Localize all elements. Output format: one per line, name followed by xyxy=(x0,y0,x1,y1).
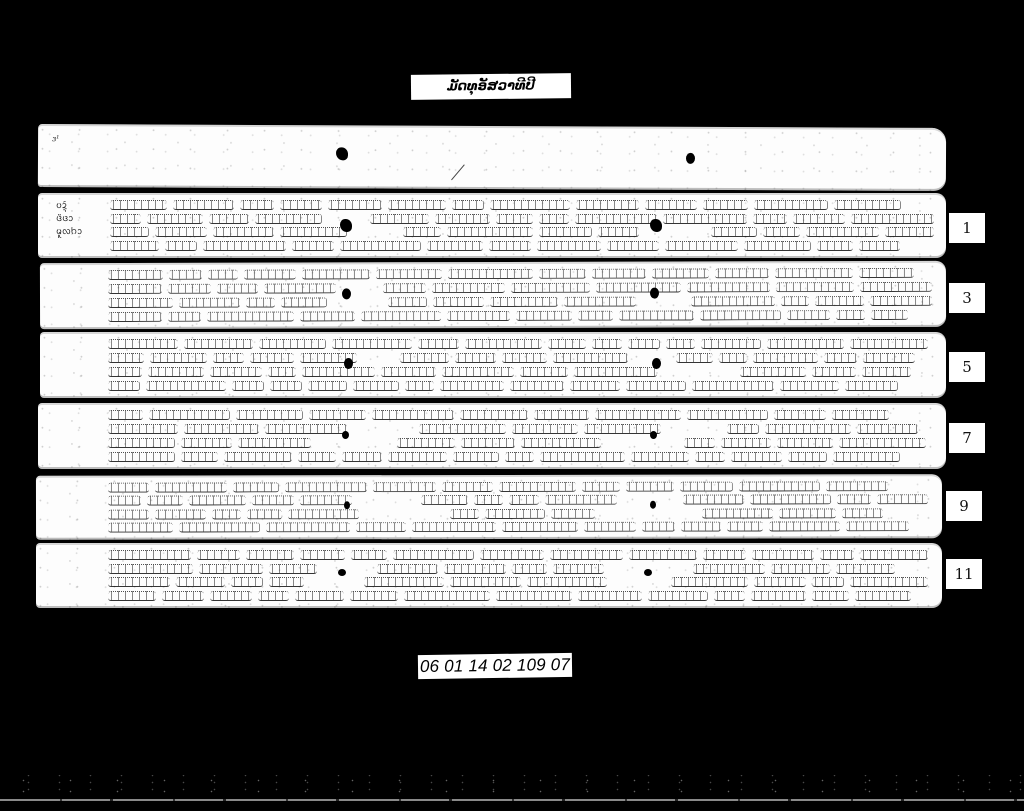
script-word xyxy=(108,550,191,560)
script-word xyxy=(817,241,853,251)
script-word xyxy=(727,424,759,434)
script-word xyxy=(246,550,294,560)
script-word xyxy=(731,452,782,462)
script-text-line xyxy=(108,590,928,602)
script-word xyxy=(711,227,758,237)
leaf-corner-mark: ɜ¹ xyxy=(52,134,59,143)
script-word xyxy=(268,367,296,377)
script-text-line xyxy=(108,451,932,463)
script-word xyxy=(381,367,436,377)
script-word xyxy=(752,550,813,560)
script-word xyxy=(179,522,260,532)
script-word xyxy=(578,311,613,321)
script-word xyxy=(652,268,709,278)
script-word xyxy=(509,495,540,505)
script-word xyxy=(269,564,317,574)
script-word xyxy=(350,591,398,601)
script-word xyxy=(628,339,660,349)
script-word xyxy=(671,577,747,587)
script-text-line xyxy=(108,576,928,588)
script-word xyxy=(496,214,533,224)
script-word xyxy=(780,381,839,391)
script-word xyxy=(250,353,294,363)
script-word xyxy=(663,214,747,224)
script-word xyxy=(700,310,781,320)
script-word xyxy=(642,522,675,532)
script-word xyxy=(860,550,928,560)
script-word xyxy=(820,550,854,560)
script-word xyxy=(834,200,901,210)
script-word xyxy=(539,269,586,279)
script-word xyxy=(527,577,607,587)
script-word xyxy=(108,298,173,308)
script-word xyxy=(255,214,321,224)
script-word xyxy=(683,495,743,505)
script-text-line xyxy=(108,507,928,520)
script-word xyxy=(404,591,490,601)
script-word xyxy=(753,214,787,224)
script-word xyxy=(480,550,543,560)
script-word xyxy=(850,339,928,349)
script-word xyxy=(793,214,846,224)
script-word xyxy=(155,482,227,492)
script-word xyxy=(300,550,346,560)
script-word xyxy=(885,227,934,237)
script-word xyxy=(280,227,347,237)
script-word xyxy=(596,283,682,293)
script-word xyxy=(108,270,163,280)
script-word xyxy=(461,438,515,448)
script-word xyxy=(450,509,479,519)
page-number-label: 11 xyxy=(946,559,982,589)
script-word xyxy=(252,496,295,506)
script-word xyxy=(539,214,569,224)
script-word xyxy=(418,339,459,349)
script-word xyxy=(839,438,926,448)
script-word xyxy=(246,298,275,308)
script-word xyxy=(812,577,844,587)
script-word xyxy=(356,522,406,532)
script-word xyxy=(860,282,932,292)
script-word xyxy=(502,522,578,532)
script-word xyxy=(155,227,208,237)
page-number-label: 3 xyxy=(949,283,985,313)
script-word xyxy=(645,200,697,210)
script-word xyxy=(442,367,514,377)
script-word xyxy=(857,424,918,434)
script-word xyxy=(578,591,642,601)
script-word xyxy=(442,482,493,492)
script-word xyxy=(550,550,623,560)
leaf-text-block xyxy=(108,267,932,323)
script-word xyxy=(863,353,915,363)
script-word xyxy=(551,508,595,518)
binding-hole-left xyxy=(344,501,350,509)
palm-leaf-page-7 xyxy=(38,403,946,469)
leaf-text-block xyxy=(108,549,928,602)
script-word xyxy=(108,577,170,587)
page-number-label: 5 xyxy=(949,352,985,382)
binding-hole-left xyxy=(338,569,346,576)
script-word xyxy=(210,367,262,377)
script-word xyxy=(258,591,289,601)
script-word xyxy=(147,496,184,506)
script-word xyxy=(216,284,258,294)
binding-hole-right xyxy=(652,358,661,369)
script-word xyxy=(824,353,857,363)
script-word xyxy=(179,298,239,308)
script-word xyxy=(295,591,344,601)
script-word xyxy=(502,353,547,363)
script-word xyxy=(288,509,359,519)
script-word xyxy=(168,312,201,322)
script-word xyxy=(108,367,142,377)
script-word xyxy=(592,339,622,349)
script-word xyxy=(110,241,159,251)
script-word xyxy=(432,283,505,293)
script-word xyxy=(576,200,639,210)
script-word xyxy=(626,482,674,492)
script-text-line xyxy=(110,199,934,211)
binding-hole-right xyxy=(650,288,659,299)
script-text-line xyxy=(108,437,932,449)
script-word xyxy=(108,353,144,363)
leaf-text-block xyxy=(108,480,928,533)
script-word xyxy=(405,381,434,391)
script-word xyxy=(787,310,830,320)
binding-hole-right xyxy=(650,431,657,439)
script-word xyxy=(388,452,447,462)
script-word xyxy=(751,591,806,601)
margin-heading-line: ᨷᨯᩢ᩠ᨶ xyxy=(56,201,100,212)
script-word xyxy=(837,495,871,505)
scan-noise xyxy=(0,775,1024,795)
script-word xyxy=(450,577,521,587)
binding-hole-right xyxy=(686,153,695,164)
script-word xyxy=(598,227,639,237)
script-word xyxy=(108,483,149,493)
script-word xyxy=(308,381,347,391)
script-word xyxy=(421,495,468,505)
binding-hole-left xyxy=(340,219,352,232)
script-text-line xyxy=(108,423,932,435)
script-word xyxy=(595,410,681,420)
script-word xyxy=(460,410,528,420)
script-word xyxy=(397,438,455,448)
script-word xyxy=(592,269,646,279)
script-word xyxy=(264,283,336,293)
scan-edge-line xyxy=(0,799,1024,801)
script-text-line xyxy=(108,520,928,533)
script-word xyxy=(769,521,840,531)
script-word xyxy=(510,381,564,391)
script-word xyxy=(309,410,366,420)
margin-heading-line: ᨾᩪᩃᨤᩣ xyxy=(56,227,100,238)
script-word xyxy=(181,438,232,448)
script-word xyxy=(149,410,230,420)
script-word xyxy=(108,496,141,506)
script-word xyxy=(465,339,542,349)
script-word xyxy=(247,509,282,519)
script-word xyxy=(388,200,446,210)
script-word xyxy=(767,339,844,349)
script-word xyxy=(499,482,576,492)
script-word xyxy=(739,481,820,491)
script-word xyxy=(701,339,761,349)
script-word xyxy=(570,381,620,391)
script-word xyxy=(870,296,932,306)
script-word xyxy=(110,214,141,224)
palm-leaf-page-9 xyxy=(36,474,942,540)
collection-title-label: ມັດທຸອັສວາທີປີ xyxy=(411,73,571,100)
script-word xyxy=(806,227,879,237)
margin-heading-line: ᨴᩥᨴᩣ xyxy=(56,214,100,225)
script-word xyxy=(173,200,234,210)
script-word xyxy=(788,452,827,462)
script-word xyxy=(259,339,326,349)
script-word xyxy=(753,353,818,363)
script-word xyxy=(511,283,590,293)
script-text-line xyxy=(108,380,932,392)
script-word xyxy=(298,452,336,462)
script-word xyxy=(209,214,250,224)
script-word xyxy=(744,241,811,251)
script-word xyxy=(400,353,449,363)
script-word xyxy=(168,284,211,294)
leaf-margin-heading: ᨷᨯᩢ᩠ᨶ ᨴᩥᨴᩣ ᨾᩪᩃᨤᩣ xyxy=(56,201,100,238)
script-text-line xyxy=(108,281,932,295)
script-word xyxy=(184,424,259,434)
script-word xyxy=(377,564,438,574)
script-word xyxy=(108,523,173,533)
script-word xyxy=(328,200,382,210)
script-word xyxy=(427,241,483,251)
script-word xyxy=(108,410,143,420)
script-word xyxy=(754,577,806,587)
script-word xyxy=(862,367,911,377)
script-word xyxy=(775,268,853,278)
script-word xyxy=(150,353,207,363)
script-word xyxy=(110,227,149,237)
script-word xyxy=(540,452,625,462)
script-word xyxy=(340,241,421,251)
script-word xyxy=(851,214,934,224)
script-word xyxy=(155,509,206,519)
script-word xyxy=(666,339,695,349)
script-word xyxy=(108,591,156,601)
script-word xyxy=(619,310,694,320)
script-word xyxy=(520,367,568,377)
script-word xyxy=(750,495,831,505)
page-number-label: 7 xyxy=(949,423,985,453)
binding-hole-left xyxy=(342,431,349,439)
script-word xyxy=(435,214,490,224)
script-word xyxy=(485,509,545,519)
script-word xyxy=(147,214,202,224)
script-word xyxy=(765,424,851,434)
script-word xyxy=(692,381,774,391)
script-word xyxy=(516,311,572,321)
script-word xyxy=(452,200,484,210)
script-word xyxy=(489,241,531,251)
script-word xyxy=(376,269,442,279)
script-word xyxy=(721,438,771,448)
script-word xyxy=(332,339,412,349)
script-word xyxy=(213,227,274,237)
palm-leaf-page-11 xyxy=(36,543,942,608)
script-word xyxy=(108,424,178,434)
script-text-line xyxy=(108,409,932,421)
script-word xyxy=(412,522,496,532)
script-word xyxy=(582,482,620,492)
script-word xyxy=(812,591,849,601)
script-word xyxy=(779,508,836,518)
script-word xyxy=(270,381,302,391)
page-number-label: 1 xyxy=(949,213,985,243)
script-text-line xyxy=(110,240,934,252)
binding-hole-right xyxy=(644,569,652,576)
script-word xyxy=(695,452,725,462)
script-word xyxy=(403,227,441,237)
script-word xyxy=(169,270,202,280)
script-word xyxy=(681,522,721,532)
script-word xyxy=(665,241,738,251)
script-word xyxy=(232,381,264,391)
script-word xyxy=(754,200,828,210)
script-word xyxy=(855,591,911,601)
script-word xyxy=(108,438,175,448)
script-word xyxy=(777,438,833,448)
script-word xyxy=(836,564,895,574)
script-word xyxy=(719,353,747,363)
script-word xyxy=(631,452,689,462)
script-word xyxy=(684,438,715,448)
script-word xyxy=(240,200,274,210)
script-word xyxy=(370,214,429,224)
script-word xyxy=(859,241,900,251)
script-word xyxy=(687,410,768,420)
script-text-line xyxy=(108,549,928,561)
script-word xyxy=(474,495,503,505)
script-word xyxy=(584,522,636,532)
script-text-line xyxy=(110,226,934,238)
script-word xyxy=(197,550,240,560)
script-text-line xyxy=(108,480,928,493)
script-word xyxy=(781,296,809,306)
script-word xyxy=(148,367,204,377)
script-word xyxy=(453,452,499,462)
script-word xyxy=(208,270,238,280)
script-word xyxy=(815,296,864,306)
script-word xyxy=(189,496,245,506)
script-word xyxy=(108,284,162,294)
script-word xyxy=(727,522,763,532)
script-word xyxy=(269,577,304,587)
script-word xyxy=(440,381,504,391)
script-word xyxy=(181,452,218,462)
script-word xyxy=(448,269,533,279)
script-word xyxy=(691,296,775,306)
script-word xyxy=(342,452,382,462)
script-word xyxy=(108,381,140,391)
script-word xyxy=(361,311,441,321)
script-word xyxy=(836,310,865,320)
script-text-line xyxy=(108,494,928,507)
script-word xyxy=(693,564,765,574)
script-word xyxy=(244,270,296,280)
script-word xyxy=(845,381,898,391)
script-word xyxy=(846,521,909,531)
script-word xyxy=(537,241,601,251)
palm-leaf-cover: ɜ¹ xyxy=(38,124,946,191)
script-word xyxy=(238,438,311,448)
script-word xyxy=(842,508,883,518)
script-word xyxy=(162,591,204,601)
script-word xyxy=(850,577,928,587)
script-word xyxy=(146,381,226,391)
leaf-scratch xyxy=(451,164,465,180)
script-word xyxy=(859,268,914,278)
script-word xyxy=(740,367,806,377)
script-word xyxy=(490,200,570,210)
script-word xyxy=(774,410,826,420)
script-word xyxy=(512,564,547,574)
palm-leaf-page-1: ᨷᨯᩢ᩠ᨶ ᨴᩥᨴᩣ ᨾᩪᩃᨤᩣ xyxy=(38,193,946,258)
script-word xyxy=(203,241,286,251)
script-word xyxy=(545,495,616,505)
script-word xyxy=(871,310,908,320)
script-word xyxy=(393,550,474,560)
leaf-text-block xyxy=(108,338,932,392)
script-word xyxy=(176,577,225,587)
script-word xyxy=(280,200,322,210)
script-word xyxy=(210,591,252,601)
script-word xyxy=(236,410,303,420)
microfilm-id-label: 06 01 14 02 109 07 xyxy=(418,653,572,679)
script-word xyxy=(763,227,800,237)
script-word xyxy=(351,550,387,560)
script-word xyxy=(812,367,856,377)
script-word xyxy=(108,312,162,322)
script-word xyxy=(534,410,589,420)
script-word xyxy=(266,522,350,532)
binding-hole-left xyxy=(336,147,348,160)
script-word xyxy=(265,424,347,434)
script-word xyxy=(505,452,534,462)
script-word xyxy=(165,241,197,251)
script-word xyxy=(199,564,263,574)
script-word xyxy=(108,452,175,462)
script-word xyxy=(575,214,657,224)
script-word xyxy=(184,339,253,349)
script-word xyxy=(553,564,604,574)
script-word xyxy=(607,241,659,251)
script-word xyxy=(490,297,558,307)
script-word xyxy=(233,482,279,492)
script-word xyxy=(548,339,586,349)
script-word xyxy=(703,200,748,210)
script-word xyxy=(292,241,334,251)
script-word xyxy=(629,550,697,560)
script-word xyxy=(213,353,244,363)
script-word xyxy=(231,577,263,587)
page-number-label: 9 xyxy=(946,491,982,521)
binding-hole-left xyxy=(342,288,351,299)
script-text-line xyxy=(110,213,934,225)
script-word xyxy=(419,424,506,434)
binding-hole-left xyxy=(344,358,353,369)
script-word xyxy=(826,481,888,491)
